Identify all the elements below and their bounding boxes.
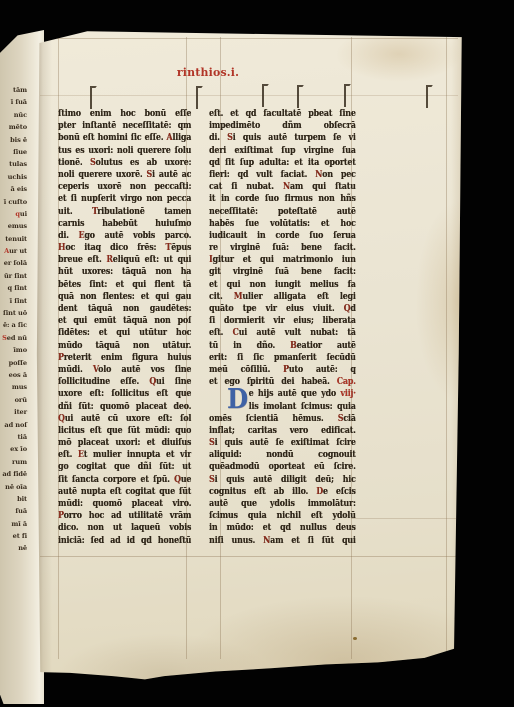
text-line: re virginē ſuā: bene facit. xyxy=(209,242,356,254)
text-column-right: D eſt. et qd facultatē pbeat ſineimpedim… xyxy=(209,108,356,547)
illuminated-initial-d: D xyxy=(227,387,248,412)
ruling-line-vertical xyxy=(446,37,447,659)
text-line: cit. Mulier alligata eſt legi xyxy=(209,291,356,303)
text-line: et qui non iungit melius fa xyxy=(209,279,356,291)
ascender-flourish xyxy=(90,86,92,109)
rubricated-letter: Q xyxy=(149,377,156,387)
text-line: mūdi: quomō placeat viro. xyxy=(58,498,191,510)
rubricated-letter: D xyxy=(316,487,323,497)
text-line: ſuā xyxy=(0,505,31,517)
text-line: aliquid: nondū cognouit xyxy=(209,449,356,461)
text-line: ex īo xyxy=(0,443,31,455)
rubricated-letter: I xyxy=(209,255,213,265)
rubricated-letter: S xyxy=(209,438,215,448)
text-line: niſi unus. Nam et ſi ſūt qui xyxy=(209,535,356,547)
rubricated-letter: Q xyxy=(174,475,181,485)
text-line: ſtimo enim hoc bonū eſſe xyxy=(58,108,191,120)
text-line: iudicauit in corde ſuo ſerua xyxy=(209,230,356,242)
text-line: tulas xyxy=(0,158,31,170)
text-line: autē que ydolis immolātur: xyxy=(209,498,356,510)
text-line: go cogitat que dñi ſūt: ut xyxy=(58,461,191,473)
ruling-line-horizontal xyxy=(40,556,458,557)
text-line: uit. Tribulationē tamen xyxy=(58,206,191,218)
text-line: Porro hoc ad utilitatē vrām xyxy=(58,510,191,522)
text-line: pter inſtantē neceſſitatē: qm xyxy=(58,120,191,132)
text-line: mus xyxy=(0,381,31,393)
rubricated-letter: P xyxy=(58,353,64,363)
text-line: quā non flentes: et qui gau xyxy=(58,291,191,303)
text-line: iter xyxy=(0,406,31,418)
text-line: impedimēto dñm obſecrā xyxy=(209,120,356,132)
text-line: tus es uxori: noli querere ſolu xyxy=(58,145,191,157)
text-line: bit xyxy=(0,493,31,505)
text-line: ceperis uxorē non peccaſti: xyxy=(58,181,191,193)
rubricated-letter: E xyxy=(78,450,84,460)
ascender-flourish xyxy=(196,86,198,109)
text-line: Aur ut xyxy=(0,245,31,257)
text-line: bētes ſint: et qui flent tā xyxy=(58,279,191,291)
text-line: meū cōſiliū. Puto autē: q xyxy=(209,364,356,376)
text-line: eos ā xyxy=(0,369,31,381)
text-line: orū xyxy=(0,394,31,406)
rubricated-letter: V xyxy=(93,365,98,375)
text-line: tenuit xyxy=(0,233,31,245)
text-line: carnis habebūt huiuſmo xyxy=(58,218,191,230)
text-line: breue eſt. Reliquū eſt: ut qui xyxy=(58,254,191,266)
text-line: tionē. Solutus es ab uxore: xyxy=(58,157,191,169)
text-line: rum xyxy=(0,456,31,468)
text-line: tiā xyxy=(0,431,31,443)
rubricated-letter: S xyxy=(338,414,344,424)
text-line: et ſi nupſerit virgo non pecca xyxy=(58,193,191,205)
text-line: Si quis autē diligit deū; hic xyxy=(209,474,356,486)
rubricated-letter: S xyxy=(90,158,96,168)
text-line: dent tāquā non gaudētes: xyxy=(58,303,191,315)
rubricated-letter: N xyxy=(263,536,270,546)
text-line: licitus eſt que ſūt mūdi: quo xyxy=(58,425,191,437)
text-line: deri exiſtimat ſup virgine ſua xyxy=(209,145,356,157)
text-line: di. Si quis autē turpem ſe vi xyxy=(209,132,356,144)
rubricated-letter: S xyxy=(2,334,7,342)
ruling-line-horizontal xyxy=(40,95,458,96)
text-line: mūdi. Volo autē vos ſine xyxy=(58,364,191,376)
ruling-line-horizontal xyxy=(40,38,458,39)
text-line: iniciā: ſed ad id qd honeſtū xyxy=(58,535,191,547)
text-line: eſt. et qd facultatē pbeat ſine xyxy=(209,108,356,120)
text-line: ā eis xyxy=(0,183,31,195)
text-line: in mūdo: et qd nullus deus xyxy=(209,522,356,534)
ascender-flourish xyxy=(297,85,299,108)
rubricated-letter: A xyxy=(166,133,172,143)
rubricated-letter: A xyxy=(4,247,9,255)
parchment-speck xyxy=(353,637,357,640)
rubricated-letter: P xyxy=(283,365,289,375)
text-line: habēs ſue volūtatis: et hoc xyxy=(209,218,356,230)
rubricated-letter: N xyxy=(315,170,322,180)
rubricated-letter: viij· xyxy=(340,389,355,399)
text-line: eſt. Cui autē vult nubat: tā xyxy=(209,327,356,339)
text-line: dico. non ut laqueū vobis xyxy=(58,522,191,534)
rubricated-letter: E xyxy=(78,231,84,241)
text-line: ad fidē xyxy=(0,468,31,480)
text-column-left: ſtimo enim hoc bonū eſſepter inſtantē ne… xyxy=(58,108,191,547)
text-line: fieri: qd vult faciat. Non pec xyxy=(209,169,356,181)
text-line: uxore eſt: ſollicitus eſt que xyxy=(58,388,191,400)
text-line: qui xyxy=(0,208,31,220)
text-line: cognitus eſt ab illo. De eſcis xyxy=(209,486,356,498)
rubricated-letter: q xyxy=(15,210,20,218)
text-line: ſollicitudine eſſe. Qui ſine xyxy=(58,376,191,388)
text-line: Preterit enim figura huius xyxy=(58,352,191,364)
text-line: autē nupta eſt cogitat que ſūt xyxy=(58,486,191,498)
text-line: tām xyxy=(0,84,31,96)
manuscript-page: rinthios.i. ſtimo enim hoc bonū eſſepter… xyxy=(36,28,463,680)
text-line: nē xyxy=(0,542,31,554)
rubricated-letter: T xyxy=(92,207,97,217)
ascender-flourish xyxy=(344,84,346,107)
text-line: ſcimus quia nichil eſt ydolū xyxy=(209,510,356,522)
text-line: Qui autē cū uxore eſt: ſol xyxy=(58,413,191,425)
text-line: q ſint xyxy=(0,282,31,294)
text-line: ūr ſint xyxy=(0,270,31,282)
text-line: mō placeat uxori: et diuiſus xyxy=(58,437,191,449)
text-line: quāto tpe vir eius viuit. Qd xyxy=(209,303,356,315)
rubricated-letter: Q xyxy=(344,304,351,314)
text-line: Si quis autē ſe exiſtimat ſcire xyxy=(209,437,356,449)
rubricated-letter: T xyxy=(165,243,171,253)
text-line: bonū eſt homini ſic eſſe. Alliga xyxy=(58,132,191,144)
rubricated-letter: Cap. xyxy=(337,377,356,387)
text-line: git virginē ſuā bene facit: xyxy=(209,266,356,278)
ruling-line-horizontal xyxy=(351,518,457,519)
manuscript-photo: tāmī ſuānūcmētobis ēſiuetulasuchisā eisī… xyxy=(0,0,514,707)
text-line: ad noſ xyxy=(0,419,31,431)
text-line: neceſſitatē: poteſtatē autē xyxy=(209,206,356,218)
rubricated-letter: S xyxy=(209,475,215,485)
rubricated-letter: M xyxy=(234,292,243,302)
text-line: ſi dormierit vir eius; liberata xyxy=(209,315,356,327)
rubricated-letter: R xyxy=(106,255,112,265)
text-line: er ſolā xyxy=(0,257,31,269)
text-line: di. Ego autē vobis parco. xyxy=(58,230,191,242)
text-line: inflat; caritas vero edificat. xyxy=(209,425,356,437)
text-line: noli querere uxorē. Si autē ac xyxy=(58,169,191,181)
text-line: ſidētes: et qui utūtur hoc xyxy=(58,327,191,339)
text-line: poſſe xyxy=(0,357,31,369)
text-line: ī ſuā xyxy=(0,96,31,108)
rubricated-letter: S xyxy=(146,170,152,180)
text-line: nē oīa xyxy=(0,481,31,493)
text-line: ſint uō xyxy=(0,307,31,319)
text-line: emus xyxy=(0,220,31,232)
text-line: mūdo tāquā non utātur. xyxy=(58,340,191,352)
text-line: et qui emūt tāquā non poſ xyxy=(58,315,191,327)
text-line: erit: ſi ſic pmanſerit ſecūdū xyxy=(209,352,356,364)
text-line: ī ſint xyxy=(0,295,31,307)
text-line: quēadmodū oporteat eū ſcire. xyxy=(209,461,356,473)
rubricated-letter: P xyxy=(58,511,64,521)
text-line: ī cuſto xyxy=(0,196,31,208)
text-line: īmo xyxy=(0,344,31,356)
ascender-flourish xyxy=(262,84,264,107)
text-line: ē: a ſic xyxy=(0,319,31,331)
text-line: tū in dño. Beatior autē xyxy=(209,340,356,352)
rubricated-letter: Q xyxy=(58,414,65,424)
text-line: Igitur et qui matrimonio iun xyxy=(209,254,356,266)
text-line: qd ſit ſup adulta: et ita oportet xyxy=(209,157,356,169)
text-line: ſit ſancta corpore et ſpū. Que xyxy=(58,474,191,486)
running-head: rinthios.i. xyxy=(172,65,244,79)
rubricated-letter: N xyxy=(283,182,290,192)
text-line: hūt uxores: tāquā non ha xyxy=(58,266,191,278)
facing-page-text-fragments: tāmī ſuānūcmētobis ēſiuetulasuchisā eisī… xyxy=(0,84,31,555)
text-line: dñi ſūt: quomō placeat deo. xyxy=(58,401,191,413)
text-line: uchis xyxy=(0,171,31,183)
rubricated-letter: H xyxy=(58,243,65,253)
rubricated-letter: S xyxy=(227,133,233,143)
text-line: mēto xyxy=(0,121,31,133)
ascender-flourish xyxy=(426,85,428,108)
text-line: mī ā xyxy=(0,518,31,530)
text-line: eſt. Et mulier innupta et vir xyxy=(58,449,191,461)
text-line: it in corde ſuo firmus non hñs xyxy=(209,193,356,205)
text-line: Sed nū xyxy=(0,332,31,344)
text-line: ſiue xyxy=(0,146,31,158)
rubricated-letter: B xyxy=(290,341,297,351)
text-line: Hoc itaq dico frēs: Tēpus xyxy=(58,242,191,254)
text-line: nūc xyxy=(0,109,31,121)
text-line: cat ſi nubat. Nam qui ſtatu xyxy=(209,181,356,193)
text-line: et fi xyxy=(0,530,31,542)
rubricated-letter: C xyxy=(232,328,238,338)
text-line: bis ē xyxy=(0,134,31,146)
